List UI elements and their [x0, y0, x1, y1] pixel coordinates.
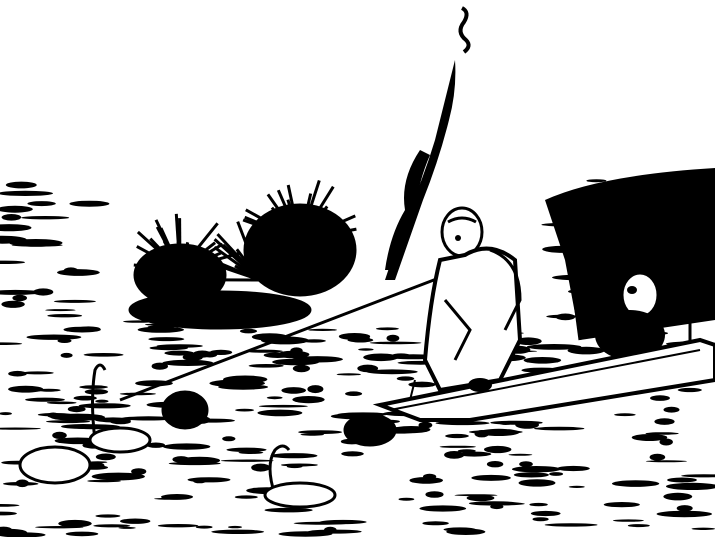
- ink-scene: [0, 0, 715, 537]
